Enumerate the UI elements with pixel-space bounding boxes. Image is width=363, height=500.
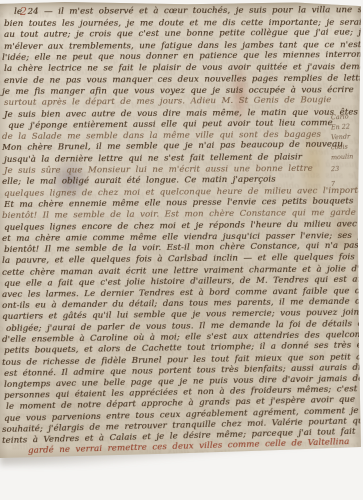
handwriting-line: envie de ne pas vous manquer ces deux no… — [4, 73, 361, 86]
handwriting-line: la chère lectrice ne se fait le plaisir … — [4, 62, 361, 74]
scan-background: le 24 — il m'est observé et à cœur touch… — [0, 0, 363, 500]
handwriting-line: le 24 — il m'est observé et à cœur touch… — [14, 5, 361, 17]
handwriting-line: jusqu'à la dernière lettre qui ne s'est … — [4, 152, 302, 165]
margin-note: En 22 — [331, 123, 350, 132]
margin-note: 7 — [331, 180, 335, 188]
handwriting-line: au tout autre; je crois que c'est une bo… — [4, 27, 361, 40]
margin-note: Carlo — [331, 113, 349, 122]
margin-note: moulin — [331, 152, 354, 161]
margin-note: Vendr — [331, 133, 350, 142]
handwriting-line: l'idée; elle ne peut que nous donner en … — [2, 50, 361, 63]
handwriting-line: elle; le mal obligé aurait été longue. C… — [2, 175, 276, 187]
date-numeral: 2 — [20, 5, 27, 18]
handwriting-line: surtout après le départ de mes jours. Ad… — [4, 95, 331, 108]
handwriting-lines: le 24 — il m'est observé et à cœur touch… — [0, 2, 361, 458]
margin-note: codis — [331, 143, 348, 152]
letter-sheet: le 24 — il m'est observé et à cœur touch… — [0, 2, 361, 458]
margin-note: 23 — [331, 165, 340, 173]
